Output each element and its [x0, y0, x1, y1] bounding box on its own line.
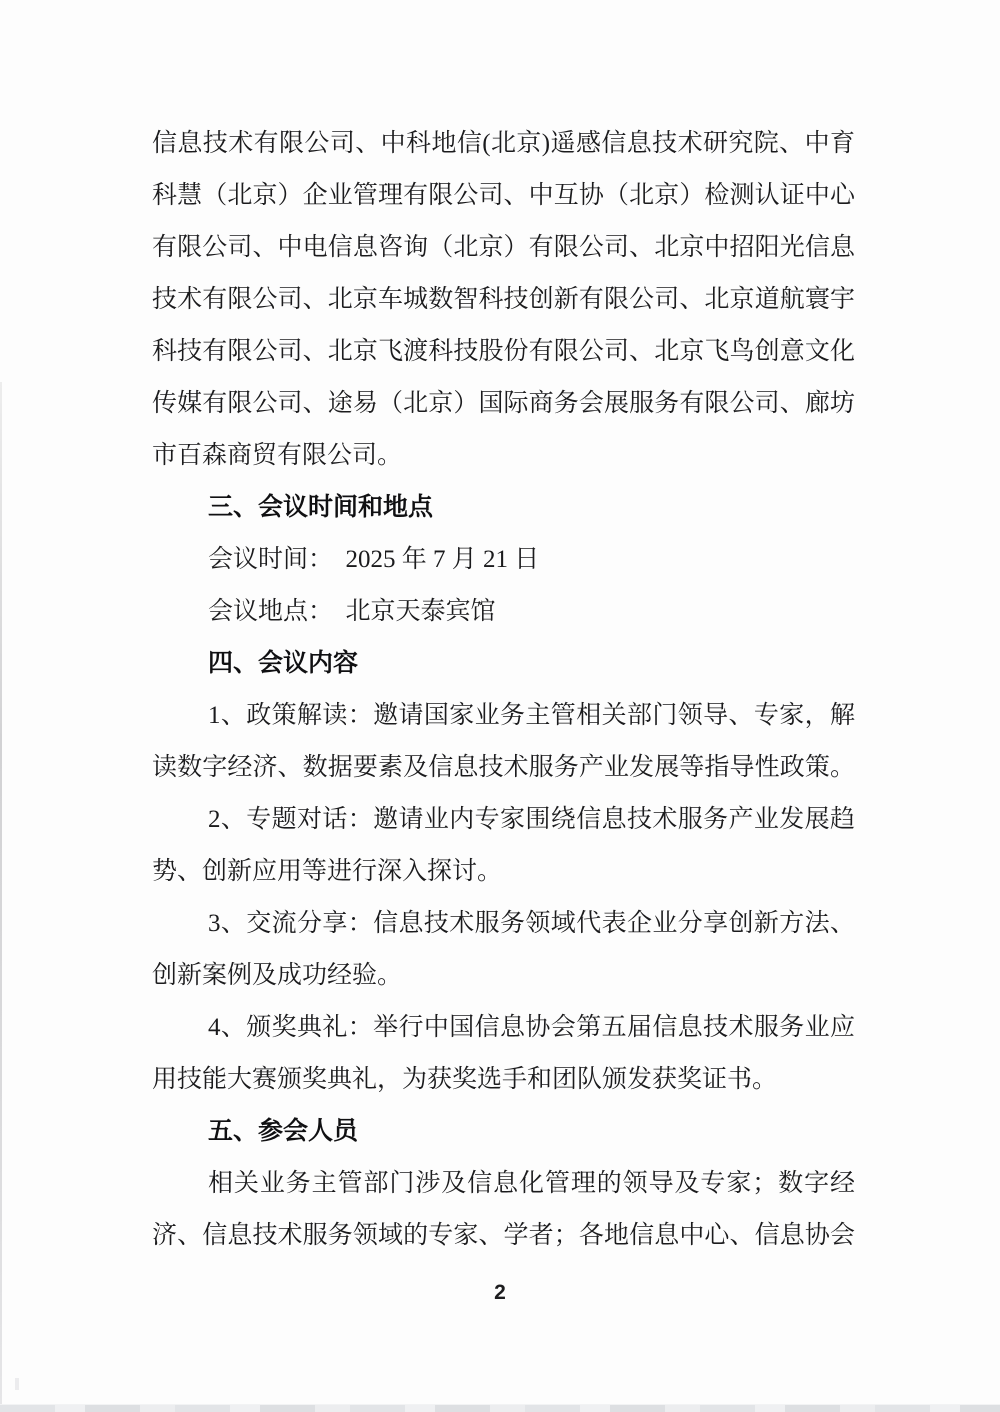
- text-line: 相关业务主管部门涉及信息化管理的领导及专家；数字经: [152, 1158, 855, 1210]
- text-line: 1、政策解读：邀请国家业务主管相关部门领导、专家，解: [152, 690, 855, 742]
- text-line: 创新案例及成功经验。: [152, 950, 855, 1002]
- text-line: 3、交流分享：信息技术服务领域代表企业分享创新方法、: [152, 898, 855, 950]
- section-heading: 四、会议内容: [152, 638, 855, 690]
- text-line: 会议时间： 2025 年 7 月 21 日: [152, 534, 855, 586]
- text-line: 有限公司、中电信息咨询（北京）有限公司、北京中招阳光信息: [152, 222, 855, 274]
- text-line: 势、创新应用等进行深入探讨。: [152, 846, 855, 898]
- text-line: 科慧（北京）企业管理有限公司、中互协（北京）检测认证中心: [152, 170, 855, 222]
- page-number: 2: [0, 1281, 1000, 1305]
- text-line: 2、专题对话：邀请业内专家围绕信息技术服务产业发展趋: [152, 794, 855, 846]
- text-line: 4、颁奖典礼：举行中国信息协会第五届信息技术服务业应: [152, 1002, 855, 1054]
- text-line: 传媒有限公司、途易（北京）国际商务会展服务有限公司、廊坊: [152, 378, 855, 430]
- scan-bottom-edge-artifact: [0, 1404, 1000, 1412]
- text-line: 用技能大赛颁奖典礼，为获奖选手和团队颁发获奖证书。: [152, 1054, 855, 1106]
- section-heading: 五、参会人员: [152, 1106, 855, 1158]
- text-line: 济、信息技术服务领域的专家、学者；各地信息中心、信息协会: [152, 1210, 855, 1262]
- section-heading: 三、会议时间和地点: [152, 482, 855, 534]
- text-line: 科技有限公司、北京飞渡科技股份有限公司、北京飞鸟创意文化: [152, 326, 855, 378]
- document-body: 信息技术有限公司、中科地信(北京)遥感信息技术研究院、中育科慧（北京）企业管理有…: [152, 118, 855, 1262]
- text-line: 会议地点： 北京天泰宾馆: [152, 586, 855, 638]
- document-page: 信息技术有限公司、中科地信(北京)遥感信息技术研究院、中育科慧（北京）企业管理有…: [0, 0, 1000, 1412]
- scan-corner-mark: [15, 1378, 19, 1390]
- text-line: 市百森商贸有限公司。: [152, 430, 855, 482]
- text-line: 读数字经济、数据要素及信息技术服务产业发展等指导性政策。: [152, 742, 855, 794]
- scan-left-edge-artifact: [0, 382, 2, 1412]
- text-line: 信息技术有限公司、中科地信(北京)遥感信息技术研究院、中育: [152, 118, 855, 170]
- text-line: 技术有限公司、北京车城数智科技创新有限公司、北京道航寰宇: [152, 274, 855, 326]
